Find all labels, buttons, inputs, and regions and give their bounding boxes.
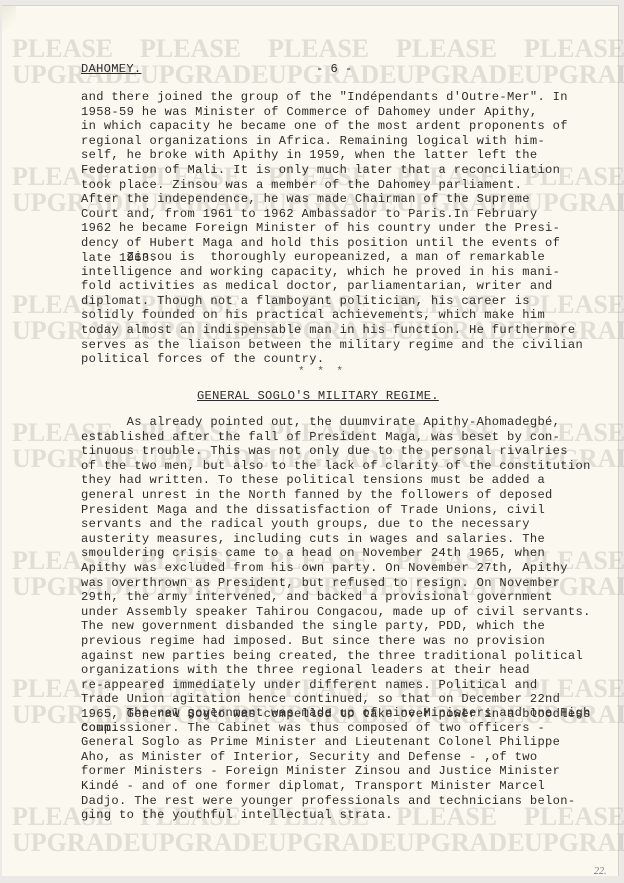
paragraph-zinsou-career: and there joined the group of the "Indép… bbox=[81, 90, 611, 265]
paragraph-military-regime: As already pointed out, the duumvirate A… bbox=[81, 415, 611, 736]
header-country: DAHOMEY. bbox=[81, 62, 141, 76]
handwritten-folio-number: 22. bbox=[594, 866, 607, 877]
page-corner-fold bbox=[2, 6, 16, 36]
paragraph-new-government: The new government was made up of nine M… bbox=[81, 706, 611, 823]
paragraph-zinsou-profile: Zinsou is thoroughly europeanized, a man… bbox=[81, 250, 611, 367]
page-number: - 6 - bbox=[316, 62, 352, 76]
section-title: GENERAL SOGLO'S MILITARY REGIME. bbox=[197, 389, 439, 403]
section-separator: * * * bbox=[298, 366, 343, 378]
